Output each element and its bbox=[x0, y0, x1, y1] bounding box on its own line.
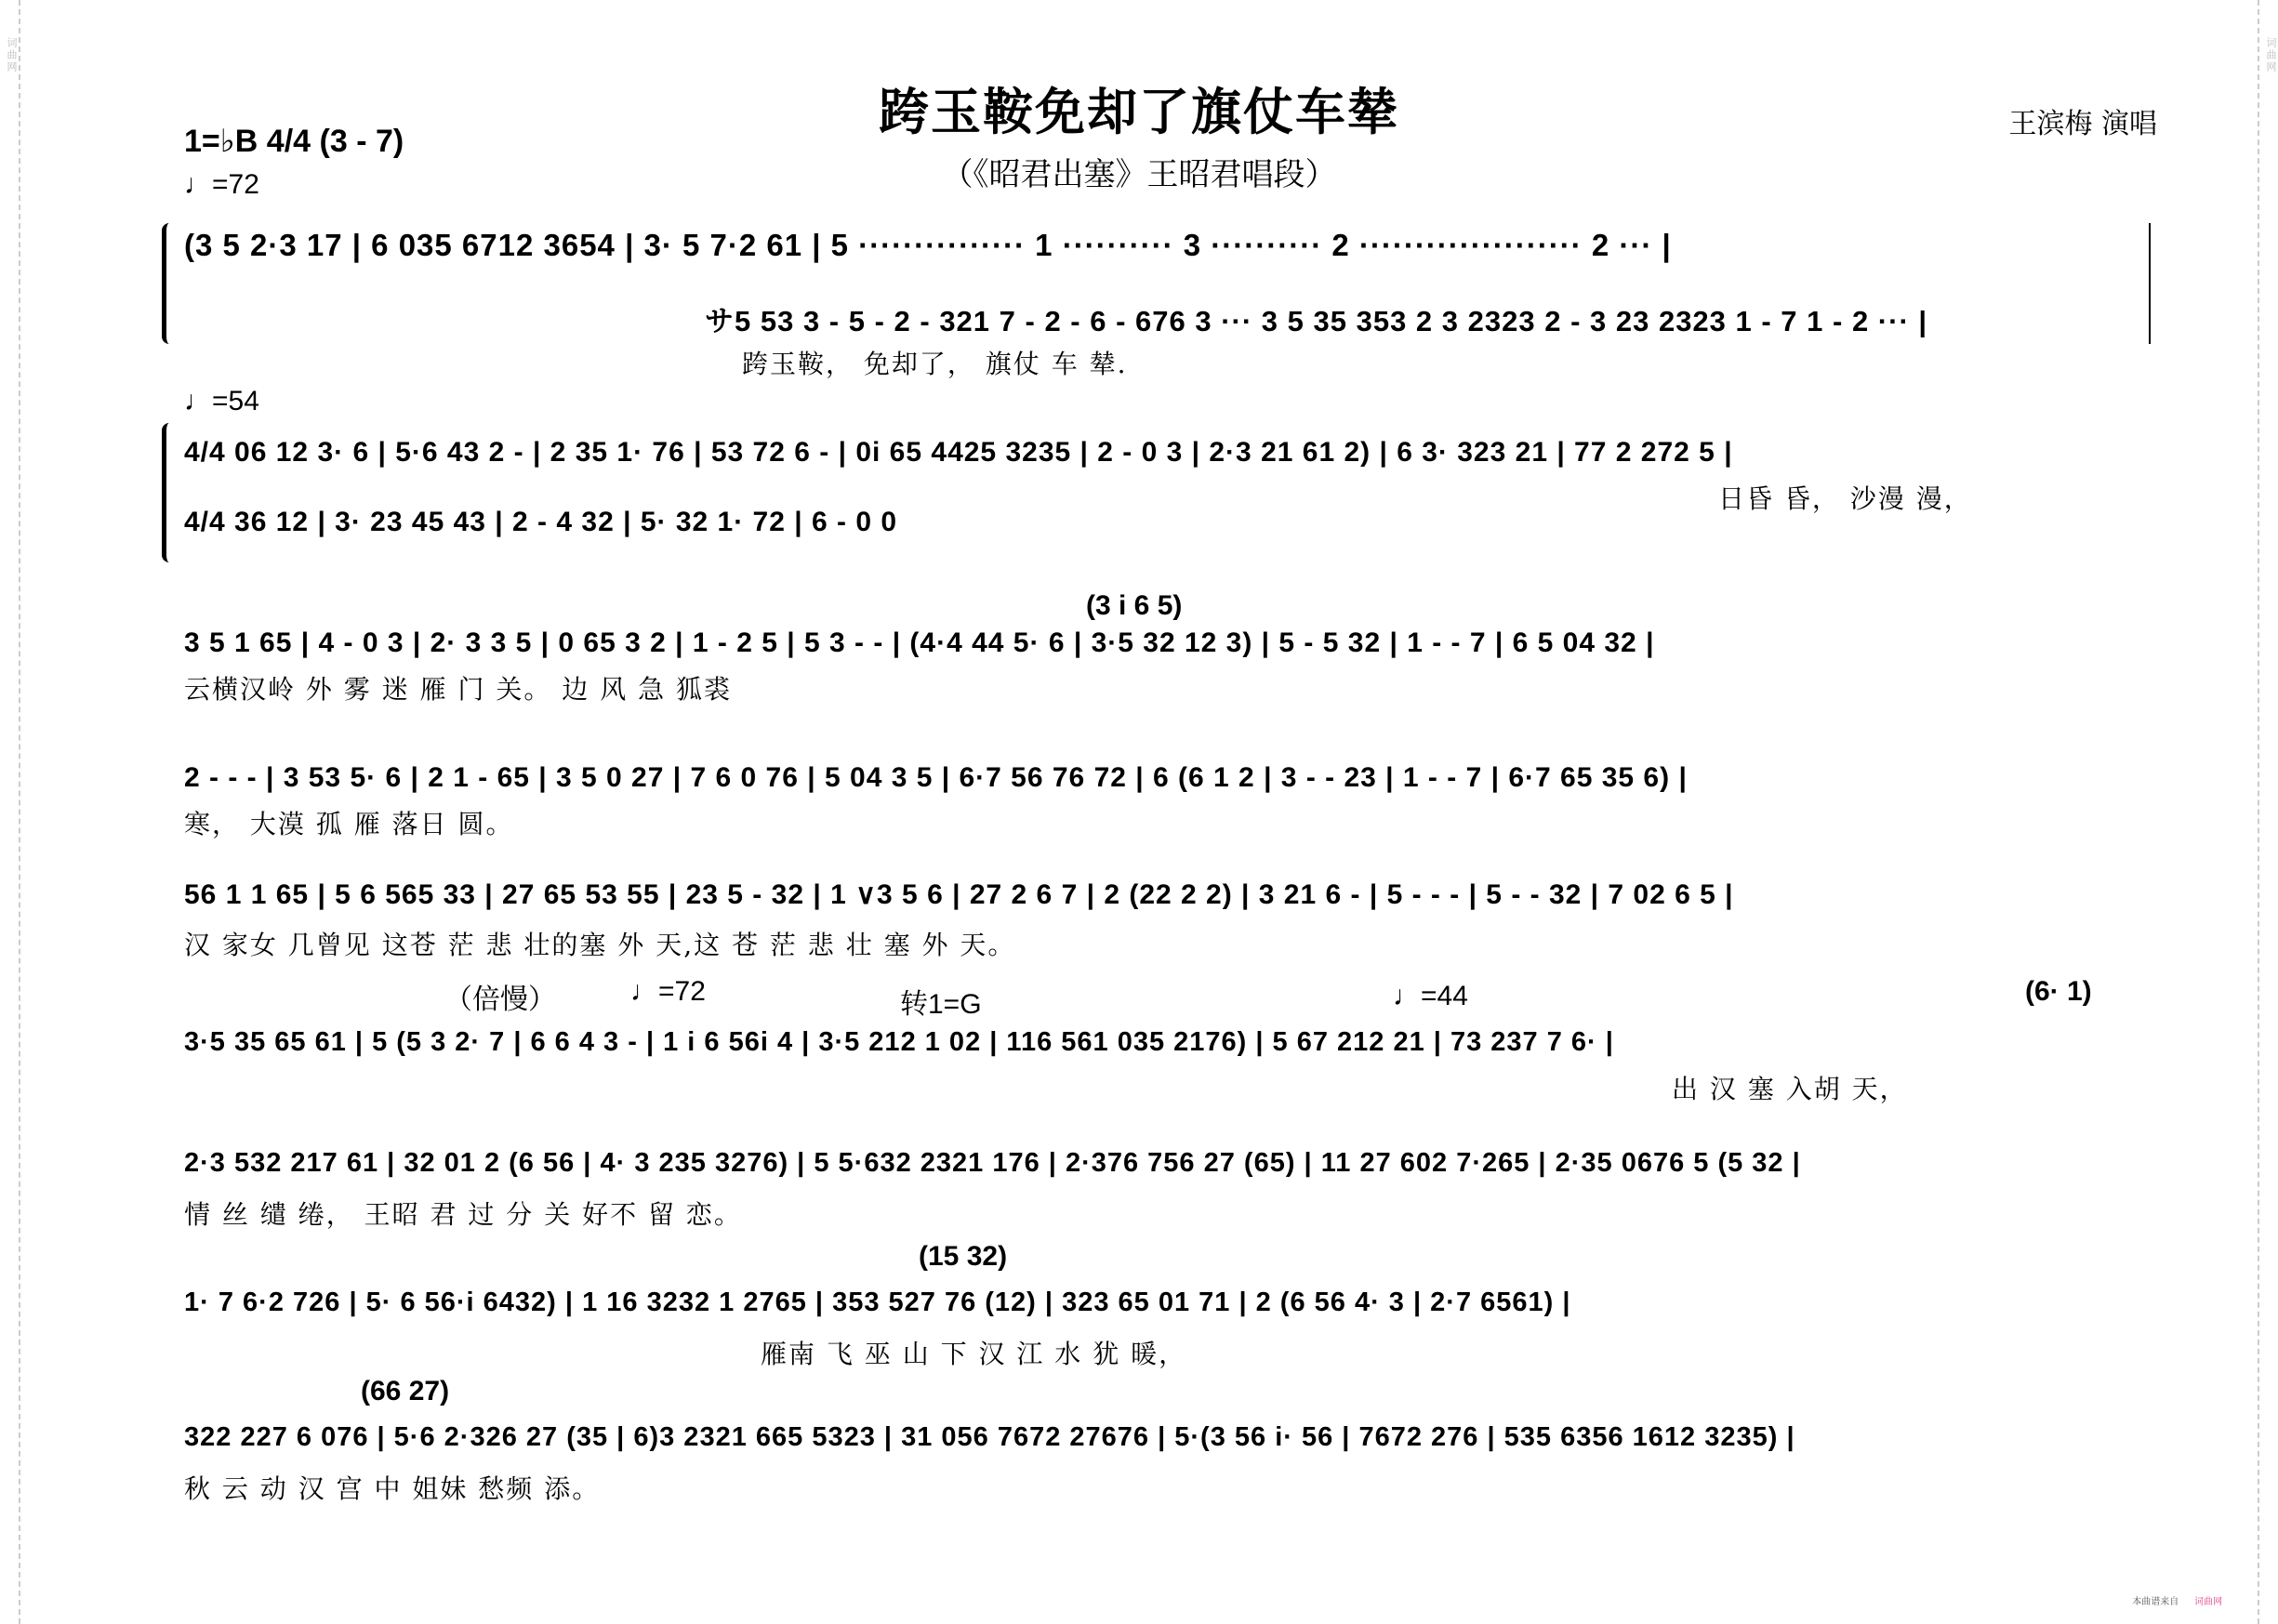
key-signature: 1=♭B 4/4 (3 - 7) bbox=[184, 123, 404, 160]
instrumental-annotation: (15 32) bbox=[919, 1241, 1007, 1273]
notation-line-vocal: サ5 53 3 - 5 - 2 - 321 7 - 2 - 6 - 676 3 … bbox=[705, 297, 1927, 339]
score-system-2: ♩=54 4/4 06 12 3· 6 | 5·6 43 2 - | 2 35 … bbox=[184, 386, 2151, 572]
tempo-marking: ♩=72 bbox=[630, 976, 706, 1008]
lyrics-line: 汉 家女 几曾见 这苍 茫 悲 壮的塞 外 天,这 苍 茫 悲 壮 塞 外 天。 bbox=[184, 925, 1015, 962]
tempo-marking: ♩=44 bbox=[1393, 981, 1468, 1012]
lyrics-line: 出 汉 塞 入胡 天， bbox=[1672, 1069, 1908, 1106]
footer-source-text: 本曲谱来自 bbox=[2132, 1597, 2179, 1607]
page-edge-right: 词曲网 bbox=[2258, 0, 2278, 1624]
page-edge-left: 词曲网 bbox=[0, 0, 20, 1624]
lyrics-line: 跨玉鞍， 免却了， 旗仗 车 辇. bbox=[742, 344, 1128, 381]
edge-watermark: 词曲网 bbox=[2, 37, 20, 73]
edge-watermark-right: 词曲网 bbox=[2261, 37, 2278, 73]
notation-line: 3 5 1 65 | 4 - 0 3 | 2· 3 3 5 | 0 65 3 2… bbox=[184, 627, 1654, 659]
lyrics-line: 寒， 大漠 孤 雁 落日 圆。 bbox=[184, 804, 514, 841]
notation-line-instrumental: (3 5 2·3 17 | 6 035 6712 3654 | 3· 5 7·2… bbox=[184, 228, 1672, 263]
lyrics-line: 情 丝 缱 绻， 王昭 君 过 分 关 好不 留 恋。 bbox=[184, 1195, 742, 1232]
tempo-annotation-slow: （倍慢） bbox=[444, 976, 556, 1017]
notation-line: 2 - - - | 3 53 5· 6 | 2 1 - 65 | 3 5 0 2… bbox=[184, 762, 1688, 794]
instrumental-annotation: (66 27) bbox=[361, 1376, 449, 1407]
notation-line-upper: 4/4 06 12 3· 6 | 5·6 43 2 - | 2 35 1· 76… bbox=[184, 437, 1733, 469]
notation-line-lower: 4/4 36 12 | 3· 23 45 43 | 2 - 4 32 | 5· … bbox=[184, 507, 897, 538]
notation-line: 3·5 35 65 61 | 5 (5 3 2· 7 | 6 6 4 3 - |… bbox=[184, 1027, 1614, 1058]
score-system-8: (15 32) 1· 7 6·2 726 | 5· 6 56·i 6432) |… bbox=[184, 1241, 2151, 1371]
score-system-5: 56 1 1 65 | 5 6 565 33 | 27 65 53 55 | 2… bbox=[184, 869, 2151, 971]
score-system-4: 2 - - - | 3 53 5· 6 | 2 1 - 65 | 3 5 0 2… bbox=[184, 758, 2151, 851]
score-system-6: （倍慢） ♩=72 转1=G ♩=44 (6· 1) 3·5 35 65 61 … bbox=[184, 976, 2151, 1116]
footer-site-link[interactable]: 词曲网 bbox=[2194, 1597, 2222, 1607]
lyrics-line: 日昏 昏， 沙漫 漫， bbox=[1718, 479, 1972, 516]
lyrics-line: 云横汉岭 外 雾 迷 雁 门 关。 边 风 急 狐裘 bbox=[184, 669, 732, 706]
tempo-marking: ♩=72 bbox=[184, 169, 259, 201]
instrumental-annotation: (3 i 6 5) bbox=[1086, 590, 1182, 622]
score-system-3: (3 i 6 5) 3 5 1 65 | 4 - 0 3 | 2· 3 3 5 … bbox=[184, 590, 2151, 711]
lyrics-line: 秋 云 动 汉 宫 中 姐妹 愁频 添。 bbox=[184, 1469, 600, 1506]
performer-credit: 王滨梅 演唱 bbox=[2008, 100, 2157, 141]
score-system-1: (3 5 2·3 17 | 6 035 6712 3654 | 3· 5 7·2… bbox=[184, 218, 2151, 376]
notation-line: 1· 7 6·2 726 | 5· 6 56·i 6432) | 1 16 32… bbox=[184, 1287, 1570, 1318]
system-brace bbox=[162, 423, 176, 562]
footer-watermark: 本曲谱来自 词曲网 bbox=[2132, 1593, 2222, 1607]
system-brace bbox=[162, 223, 176, 344]
key-change: 转1=G bbox=[900, 981, 982, 1022]
notation-line: 56 1 1 65 | 5 6 565 33 | 27 65 53 55 | 2… bbox=[184, 878, 1734, 911]
lyrics-line: 雁南 飞 巫 山 下 汉 江 水 犹 暖， bbox=[761, 1334, 1186, 1371]
notation-line: 2·3 532 217 61 | 32 01 2 (6 56 | 4· 3 23… bbox=[184, 1148, 1801, 1179]
notation-line: 322 227 6 076 | 5·6 2·326 27 (35 | 6)3 2… bbox=[184, 1422, 1795, 1453]
score-system-9: (66 27) 322 227 6 076 | 5·6 2·326 27 (35… bbox=[184, 1376, 2151, 1506]
tempo-marking: ♩=54 bbox=[184, 386, 259, 417]
score-system-7: 2·3 532 217 61 | 32 01 2 (6 56 | 4· 3 23… bbox=[184, 1139, 2151, 1232]
instrumental-annotation: (6· 1) bbox=[2025, 976, 2092, 1008]
end-barline bbox=[2149, 223, 2151, 344]
